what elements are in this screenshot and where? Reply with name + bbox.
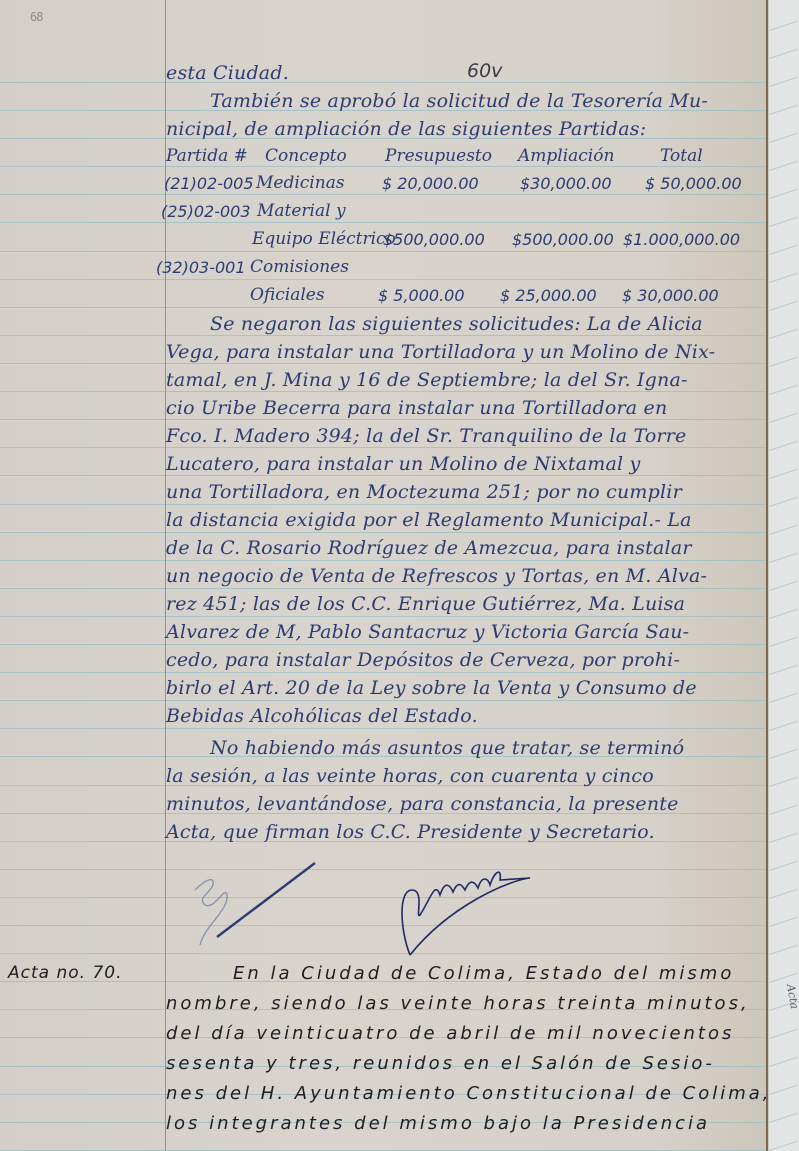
- page-stamp: 68: [30, 12, 42, 23]
- ruled-line: [769, 133, 798, 143]
- partida-cell: (25)02-003: [161, 202, 251, 221]
- ruled-line: [769, 917, 798, 927]
- ruled-line: [769, 189, 798, 199]
- ruled-line: [0, 925, 768, 926]
- text-line: birlo el Art. 20 de la Ley sobre la Vent…: [166, 677, 697, 699]
- text-line: tamal, en J. Mina y 16 de Septiembre; la…: [166, 369, 688, 391]
- text-line: En la Ciudad de Colima, Estado del mismo: [233, 963, 734, 984]
- text-line: minutos, levantándose, para constancia, …: [166, 793, 679, 815]
- text-line: de la C. Rosario Rodríguez de Amezcua, p…: [166, 537, 692, 559]
- ruled-line: [769, 357, 798, 367]
- total-cell: $ 30,000.00: [622, 286, 719, 305]
- ruled-line: [769, 49, 798, 59]
- ampliacion-cell: $30,000.00: [520, 174, 612, 193]
- ruled-line: [0, 419, 768, 420]
- partida-cell: (21)02-005: [164, 174, 254, 193]
- ruled-line: [769, 777, 798, 787]
- ruled-line: [769, 889, 798, 899]
- presupuesto-cell: $ 20,000.00: [382, 174, 479, 193]
- text-line: Bebidas Alcohólicas del Estado.: [166, 705, 478, 727]
- ruled-line: [769, 1141, 798, 1151]
- table-header: Concepto: [265, 146, 347, 166]
- ruled-line: [0, 532, 768, 533]
- ruled-line: [769, 105, 798, 115]
- presupuesto-cell: $500,000.00: [383, 230, 485, 249]
- text-line: la distancia exigida por el Reglamento M…: [166, 509, 692, 531]
- ruled-line: [769, 413, 798, 423]
- concepto-cell: Medicinas: [256, 173, 345, 193]
- ruled-line: [769, 609, 798, 619]
- ruled-line: [769, 1057, 798, 1067]
- ruled-line: [0, 644, 768, 645]
- text-line: la sesión, a las veinte horas, con cuare…: [166, 765, 654, 787]
- signature-right: [390, 860, 540, 960]
- ruled-line: [0, 728, 768, 729]
- ruled-line: [769, 77, 798, 87]
- ruled-line: [0, 222, 768, 223]
- signature-left: [185, 855, 325, 955]
- ruled-line: [0, 251, 768, 252]
- ruled-line: [769, 21, 798, 31]
- total-cell: $ 50,000.00: [645, 174, 742, 193]
- text-line: cio Uribe Becerra para instalar una Tort…: [166, 397, 667, 419]
- ruled-line: [0, 194, 768, 195]
- ruled-line: [769, 441, 798, 451]
- partida-cell: (32)03-001: [156, 258, 246, 277]
- ruled-line: [0, 953, 768, 954]
- ruled-line: [0, 391, 768, 392]
- next-page-strip: [769, 0, 799, 1151]
- ruled-line: [769, 581, 798, 591]
- ruled-line: [769, 1113, 798, 1123]
- concepto-cell: Material y: [257, 201, 346, 221]
- text-line: del día veinticuatro de abril de mil nov…: [166, 1023, 734, 1044]
- text-line: nombre, siendo las veinte horas treinta …: [166, 993, 750, 1014]
- ruled-line: [0, 672, 768, 673]
- ruled-line: [769, 1085, 798, 1095]
- ruled-line: [769, 301, 798, 311]
- text-line: una Tortilladora, en Moctezuma 251; por …: [166, 481, 682, 503]
- text-line: Acta, que firman los C.C. Presidente y S…: [166, 821, 655, 843]
- ruled-line: [0, 897, 768, 898]
- ruled-line: [769, 861, 798, 871]
- ruled-line: [769, 749, 798, 759]
- ruled-line: [769, 161, 798, 171]
- text-line: No habiendo más asuntos que tratar, se t…: [210, 737, 684, 759]
- table-header: Ampliación: [518, 146, 614, 166]
- text-line: rez 451; las de los C.C. Enrique Gutiérr…: [166, 593, 685, 615]
- text-line: Se negaron las siguientes solicitudes: L…: [210, 313, 703, 335]
- text-line: Alvarez de M, Pablo Santacruz y Victoria…: [166, 621, 689, 643]
- ruled-line: [769, 329, 798, 339]
- text-line: Fco. I. Madero 394; la del Sr. Tranquili…: [166, 425, 687, 447]
- concepto-cell: Equipo Eléctrico: [252, 229, 396, 249]
- ruled-line: [769, 245, 798, 255]
- text-line: los integrantes del mismo bajo la Presid…: [166, 1113, 710, 1134]
- ruled-line: [0, 700, 768, 701]
- ruled-line: [0, 363, 768, 364]
- ruled-line: [769, 945, 798, 955]
- folio-number: 60v: [467, 60, 502, 82]
- table-header: Total: [660, 146, 703, 166]
- ruled-line: [0, 588, 768, 589]
- ruled-line: [0, 307, 768, 308]
- ampliacion-cell: $ 25,000.00: [500, 286, 597, 305]
- text-line: Lucatero, para instalar un Molino de Nix…: [166, 453, 641, 475]
- ruled-line: [769, 833, 798, 843]
- ruled-line: [0, 616, 768, 617]
- ruled-line: [769, 217, 798, 227]
- total-cell: $1.000,000.00: [623, 230, 740, 249]
- ruled-line: [769, 525, 798, 535]
- acta-number-label: Acta no. 70.: [8, 963, 122, 983]
- ruled-line: [769, 553, 798, 563]
- text-line: cedo, para instalar Depósitos de Cerveza…: [166, 649, 680, 671]
- ampliacion-cell: $500,000.00: [512, 230, 614, 249]
- ledger-page: 68 60v esta Ciudad. También se aprobó la…: [0, 0, 768, 1151]
- concepto-cell: Comisiones: [250, 257, 349, 277]
- ruled-line: [769, 637, 798, 647]
- ruled-line: [769, 693, 798, 703]
- ruled-line: [0, 447, 768, 448]
- ruled-line: [769, 973, 798, 983]
- concepto-cell: Oficiales: [250, 285, 325, 305]
- ruled-line: [769, 273, 798, 283]
- table-header: Presupuesto: [385, 146, 492, 166]
- page-edge: [766, 0, 768, 1151]
- ruled-line: [0, 166, 768, 167]
- ruled-line: [769, 497, 798, 507]
- text-line: sesenta y tres, reunidos en el Salón de …: [166, 1053, 715, 1074]
- presupuesto-cell: $ 5,000.00: [378, 286, 465, 305]
- text-line: nicipal, de ampliación de las siguientes…: [166, 118, 646, 140]
- ruled-line: [769, 805, 798, 815]
- ruled-line: [769, 665, 798, 675]
- ruled-line: [0, 869, 768, 870]
- ruled-line: [0, 82, 768, 83]
- ruled-line: [769, 385, 798, 395]
- table-header: Partida #: [166, 146, 248, 166]
- ruled-line: [769, 469, 798, 479]
- ruled-line: [769, 721, 798, 731]
- ruled-line: [0, 504, 768, 505]
- text-line: nes del H. Ayuntamiento Constitucional d…: [166, 1083, 768, 1104]
- text-line: También se aprobó la solicitud de la Tes…: [210, 90, 708, 112]
- ruled-line: [0, 335, 768, 336]
- text-line: esta Ciudad.: [166, 62, 289, 84]
- ruled-line: [769, 1029, 798, 1039]
- text-line: un negocio de Venta de Refrescos y Torta…: [166, 565, 707, 587]
- ruled-line: [0, 475, 768, 476]
- text-line: Vega, para instalar una Tortilladora y u…: [166, 341, 715, 363]
- ruled-line: [0, 560, 768, 561]
- ruled-line: [0, 279, 768, 280]
